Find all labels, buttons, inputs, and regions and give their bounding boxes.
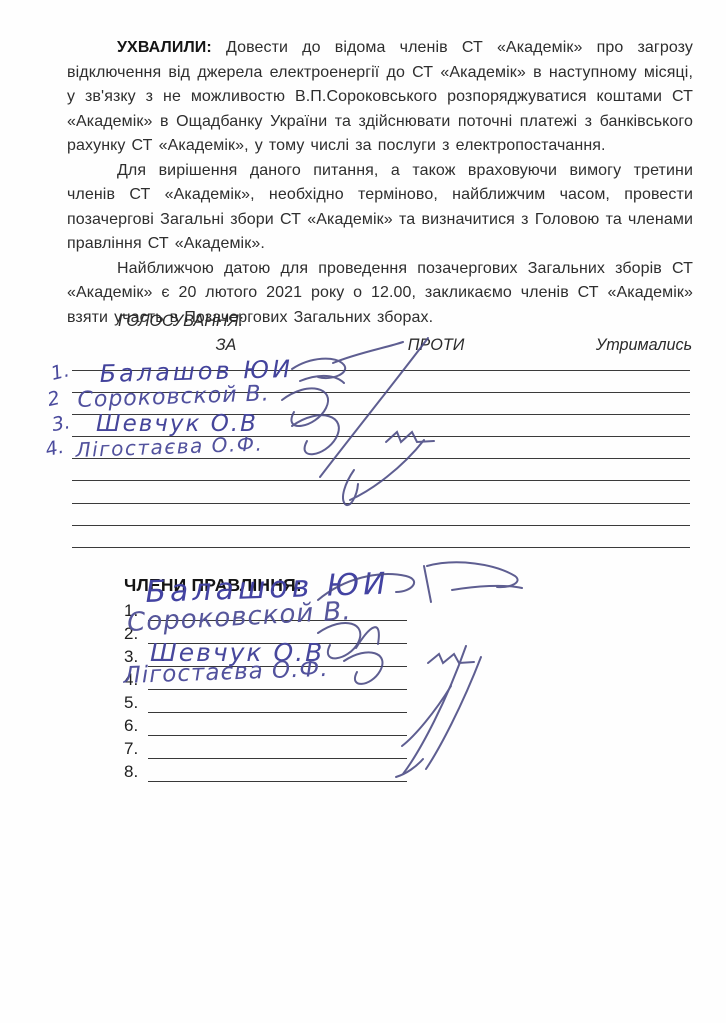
board-signature-line (148, 712, 407, 713)
flourish-stroke (452, 586, 522, 590)
flourish-stroke (300, 376, 344, 383)
flourish-stroke (292, 415, 339, 454)
voting-signature-name: Сороковской В. (77, 381, 270, 413)
resolution-text: Довести до відома членів СТ «Академік» п… (67, 39, 693, 154)
voting-handwritten-number: 2 (45, 387, 61, 411)
flourish-stroke (402, 686, 451, 746)
board-signature-line (148, 689, 407, 690)
flourish-stroke (292, 359, 345, 378)
flourish-stroke (403, 646, 466, 774)
board-signature-line (148, 758, 407, 759)
voting-ruled-line (72, 503, 690, 504)
voting-handwritten-number: 3. (50, 411, 72, 436)
resolution-label: УХВАЛИЛИ: (117, 39, 212, 56)
flourish-stroke (386, 432, 434, 442)
scanned-document-page: УХВАЛИЛИ: Довести до відома членів СТ «А… (0, 0, 726, 1023)
voting-ruled-line (72, 547, 690, 548)
flourish-stroke (344, 652, 382, 684)
flourish-stroke (356, 627, 379, 648)
board-row-number: 5. (124, 693, 138, 713)
flourish-stroke (350, 440, 424, 500)
voting-column-against: ПРОТИ (396, 336, 476, 355)
flourish-stroke (282, 388, 328, 426)
flourish-stroke (428, 654, 474, 663)
board-row-number: 6. (124, 716, 138, 736)
voting-handwritten-number: 1. (49, 359, 72, 385)
flourish-stroke (318, 623, 360, 658)
board-signature-line (148, 735, 407, 736)
flourish-stroke (343, 470, 358, 505)
flourish-stroke (320, 338, 428, 477)
flourish-stroke (426, 657, 481, 769)
board-signature-line (148, 781, 407, 782)
flourish-stroke (396, 759, 423, 777)
voting-ruled-line (72, 525, 690, 526)
flourish-stroke (427, 562, 518, 587)
board-row-number: 8. (124, 762, 138, 782)
voting-column-abstained: Утримались (592, 336, 696, 355)
voting-ruled-line (72, 480, 690, 481)
flourish-stroke (424, 566, 431, 602)
flourish-stroke (333, 342, 403, 363)
resolution-section: УХВАЛИЛИ: Довести до відома членів СТ «А… (67, 36, 693, 330)
voting-title: ГОЛОСУВАННЯ: (118, 312, 243, 331)
voting-column-for: ЗА (196, 336, 256, 355)
board-row-number: 7. (124, 739, 138, 759)
resolution-paragraph-2: Для вирішення даного питання, а також вр… (67, 159, 693, 257)
resolution-paragraph-1: УХВАЛИЛИ: Довести до відома членів СТ «А… (67, 36, 693, 159)
voting-handwritten-number: 4. (43, 436, 65, 461)
